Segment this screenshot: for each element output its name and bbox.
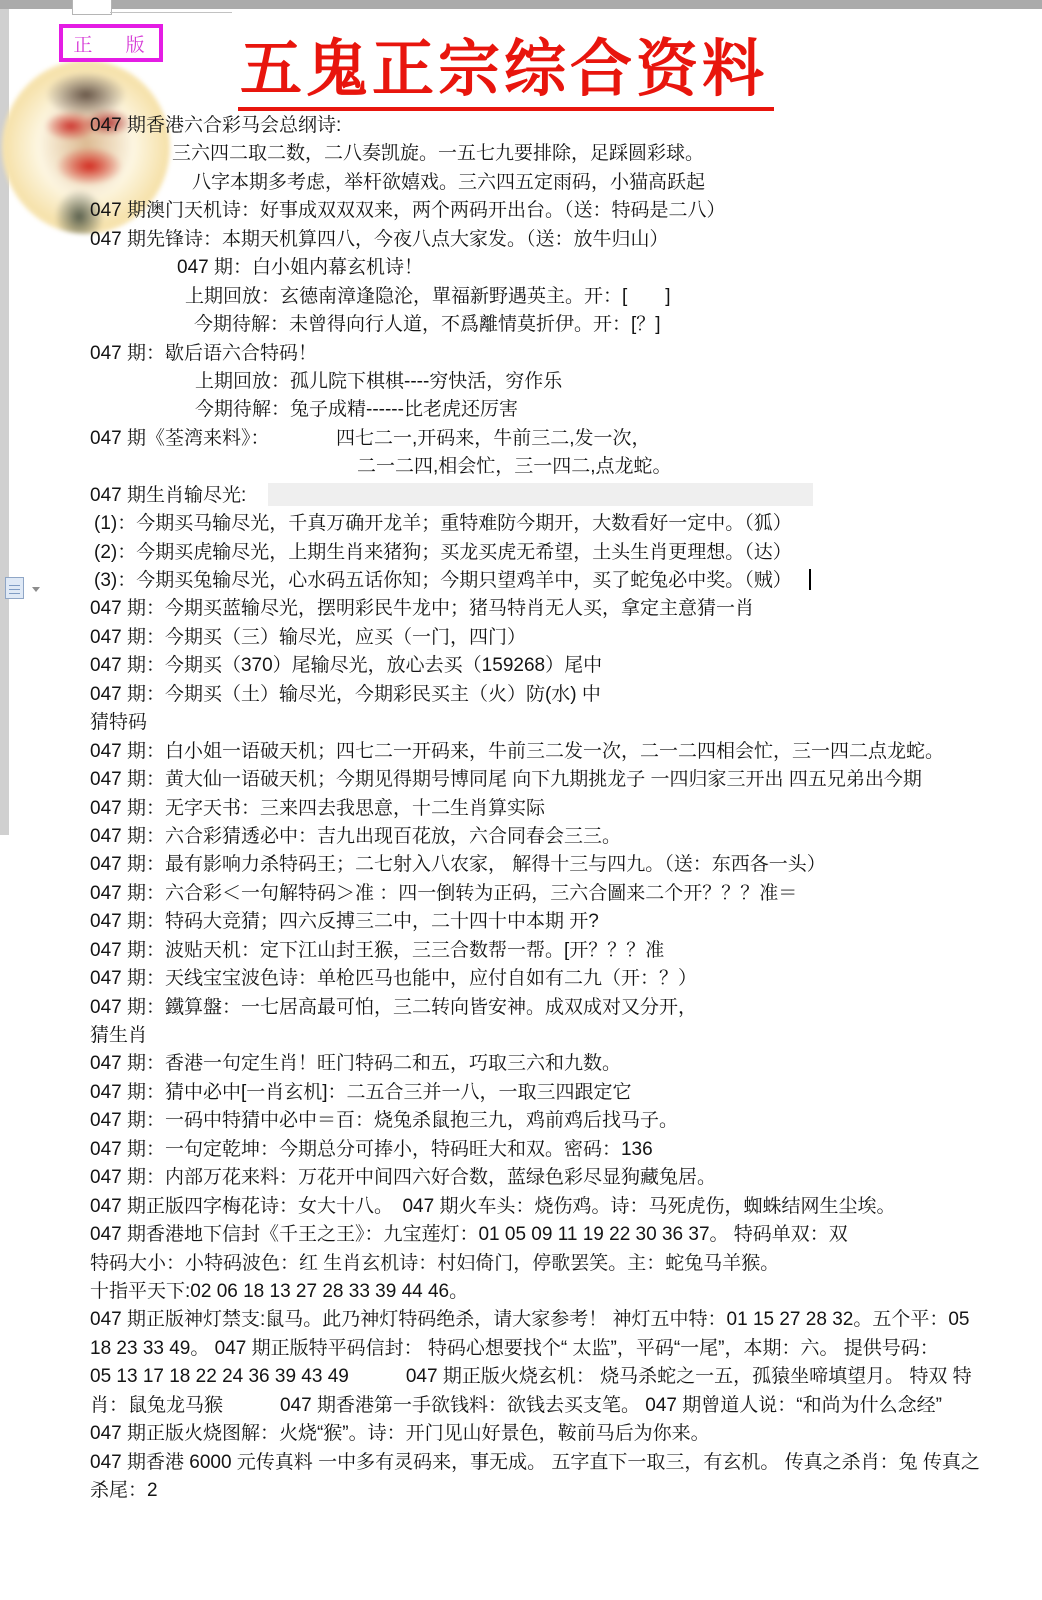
doc-line: 047 期：天线宝宝波色诗：单枪匹马也能中，应付自如有二九（开：？）: [90, 965, 1038, 993]
doc-line: 047 期香港地下信封《千王之王》：九宝莲灯：01 05 09 11 19 22…: [90, 1221, 1038, 1249]
doc-line: 047 期：香港一句定生肖！旺门特码二和五，巧取三六和九数。: [90, 1050, 1038, 1078]
doc-line: 047 期：猜中必中[一肖玄机]：二五合三并一八，一取三四跟定它: [90, 1079, 1038, 1107]
document-body: 047 期香港六合彩马会总纲诗: 三六四二取二数，二八奏凯旋。一五七九要排除，足…: [90, 112, 1038, 1505]
doc-line: 三六四二取二数，二八奏凯旋。一五七九要排除，足踩圆彩球。: [172, 140, 1038, 168]
doc-line: 05 13 17 18 22 24 36 39 43 49 047 期正版火烧玄…: [90, 1363, 1038, 1391]
doc-line: 047 期：最有影响力杀特码王；二七射入八农家， 解得十三与四九。（送：东西各一…: [90, 851, 1038, 879]
doc-line: 047 期：今期买（370）尾输尽光，放心去买（159268）尾中: [90, 652, 1038, 680]
window-top-edge: [0, 0, 1042, 9]
doc-line-text: 047 期生肖输尽光:: [90, 485, 246, 506]
doc-line: 047 期：特码大竞猜；四六反搏三二中，二十四十中本期 开?: [90, 908, 1038, 936]
doc-line: (1)：今期买马输尽光，千真万确开龙羊；重特难防今期开，大数看好一定中。（狐）: [94, 510, 1038, 538]
doc-line: 047 期：歇后语六合特码！: [90, 340, 1038, 368]
doc-line: 十指平天下:02 06 18 13 27 28 33 39 44 46。: [90, 1278, 1038, 1306]
doc-line: 047 期：今期买蓝输尽光，摆明彩民牛龙中；猪马特肖无人买，拿定主意猜一肖: [90, 595, 1038, 623]
doc-line: 047 期正版火烧图解：火烧“猴”。诗：开门见山好景色，鞍前马后为你来。: [90, 1420, 1038, 1448]
doc-line: 肖：鼠兔龙马猴 047 期香港第一手欲钱料：欲钱去买支笔。 047 期曾道人说：…: [90, 1392, 1038, 1420]
highlight-block: [268, 483, 813, 506]
doc-line: 047 期：一码中特猜中必中＝百：烧兔杀鼠抱三九，鸡前鸡后找马子。: [90, 1107, 1038, 1135]
doc-line: 047 期：今期买（三）输尽光，应买（一门，四门）: [90, 624, 1038, 652]
doc-line: 047 期：六合彩猜透必中：吉九出现百花放，六合同春会三三。: [90, 823, 1038, 851]
doc-line: 18 23 33 49。 047 期正版特平码信封： 特码心想要找个“ 太监”，…: [90, 1335, 1038, 1363]
section-header: 猜生肖: [90, 1022, 1038, 1050]
doc-line: 047 期：一句定乾坤：今期总分可捧小，特码旺大和双。密码：136: [90, 1136, 1038, 1164]
doc-line: 047 期：波贴天机：定下江山封王猴，三三合数帮一帮。[开？？？准: [90, 937, 1038, 965]
doc-line: 047 期：今期买（土）输尽光，今期彩民买主（火）防(水) 中: [90, 681, 1038, 709]
doc-line: 八字本期多考虑，举杆欲嬉戏。三六四五定雨码，小猫高跃起: [192, 169, 1038, 197]
text-cursor: [809, 569, 811, 590]
doc-line: 二一二四,相会忙，三一四二,点龙蛇。: [357, 453, 1038, 481]
doc-line: (2)：今期买虎输尽光，上期生肖来猪狗；买龙买虎无希望，土头生肖更理想。（达）: [94, 539, 1038, 567]
doc-line: 今期待解：未曾得向行人道，不爲離情莫折伊。开：[？]: [194, 311, 1038, 339]
top-bar-notch: [72, 0, 112, 15]
doc-line: (3)：今期买兔输尽光，心水码五话你知；今期只望鸡羊中，买了蛇兔必中奖。（贼）: [94, 567, 1038, 595]
doc-line: 047 期：黄大仙一语破天机；今期见得期号博同尾 向下九期挑龙子 一四归家三开出…: [90, 766, 1038, 794]
doc-line: 047 期正版四字梅花诗：女大十八。 047 期火车头：烧伤鸡。诗：马死虎伤，蜘…: [90, 1193, 1038, 1221]
doc-line: 047 期：白小姐内幕玄机诗！: [177, 254, 1038, 282]
doc-line: 047 期：内部万花来料：万花开中间四六好合数，蓝绿色彩尽显狗藏兔居。: [90, 1164, 1038, 1192]
doc-line: 杀尾：2: [90, 1477, 1038, 1505]
doc-line: 上期回放：玄德南漳逢隐沦，單福新野遇英主。开：[ ]: [185, 283, 1038, 311]
doc-line: 047 期生肖输尽光:: [90, 482, 1038, 510]
page-title: 五鬼正宗综合资料: [238, 34, 774, 111]
doc-line: 今期待解：兔子成精------比老虎还厉害: [195, 396, 1038, 424]
chevron-down-icon: [32, 587, 40, 592]
doc-line: 047 期：白小姐一语破天机；四七二一开码来，牛前三二发一次，二一二四相会忙，三…: [90, 738, 1038, 766]
doc-line: 047 期《荃湾来料》： 四七二一,开码来，牛前三二,发一次，: [90, 425, 1038, 453]
doc-line: 047 期澳门天机诗：好事成双双双来，两个两码开出台。（送：特码是二八）: [90, 197, 1038, 225]
doc-line: 047 期：六合彩＜一句解特码＞准 ：四一倒转为正码，三六合圖来二个开？？？准＝: [90, 880, 1038, 908]
clipboard-page-icon: [5, 577, 24, 599]
doc-line: 047 期：鐵算盤：一七居高最可怕，三二转向皆安神。成双成对又分开，: [90, 994, 1038, 1022]
doc-line: 047 期正版神灯禁支:鼠马。此乃神灯特码绝杀，请大家参考！ 神灯五中特：01 …: [90, 1306, 1038, 1334]
section-header: 猜特码: [90, 709, 1038, 737]
doc-line-text: (3)：今期买兔输尽光，心水码五话你知；今期只望鸡羊中，买了蛇兔必中奖。（贼）: [94, 570, 792, 591]
doc-line: 047 期先锋诗：本期天机算四八，今夜八点大家发。（送：放牛归山）: [90, 226, 1038, 254]
doc-line: 特码大小：小特码波色：红 生肖玄机诗：村妇倚门，停歌罢笑。主：蛇兔马羊猴。: [90, 1250, 1038, 1278]
paste-options-button[interactable]: [5, 575, 51, 601]
doc-line: 047 期香港六合彩马会总纲诗:: [90, 112, 1038, 140]
doc-line: 047 期香港 6000 元传真料 一中多有灵码来，事无成。 五字直下一取三，有…: [90, 1449, 1038, 1477]
ruler-tab-line: [110, 12, 232, 13]
doc-line: 上期回放：孤儿院下棋棋----穷快活，穷作乐: [195, 368, 1038, 396]
doc-line: 047 期：无字天书：三来四去我思意，十二生肖算实际: [90, 795, 1038, 823]
zhengban-badge-label: 正 版: [63, 30, 158, 57]
zhengban-badge: 正 版: [59, 24, 163, 62]
